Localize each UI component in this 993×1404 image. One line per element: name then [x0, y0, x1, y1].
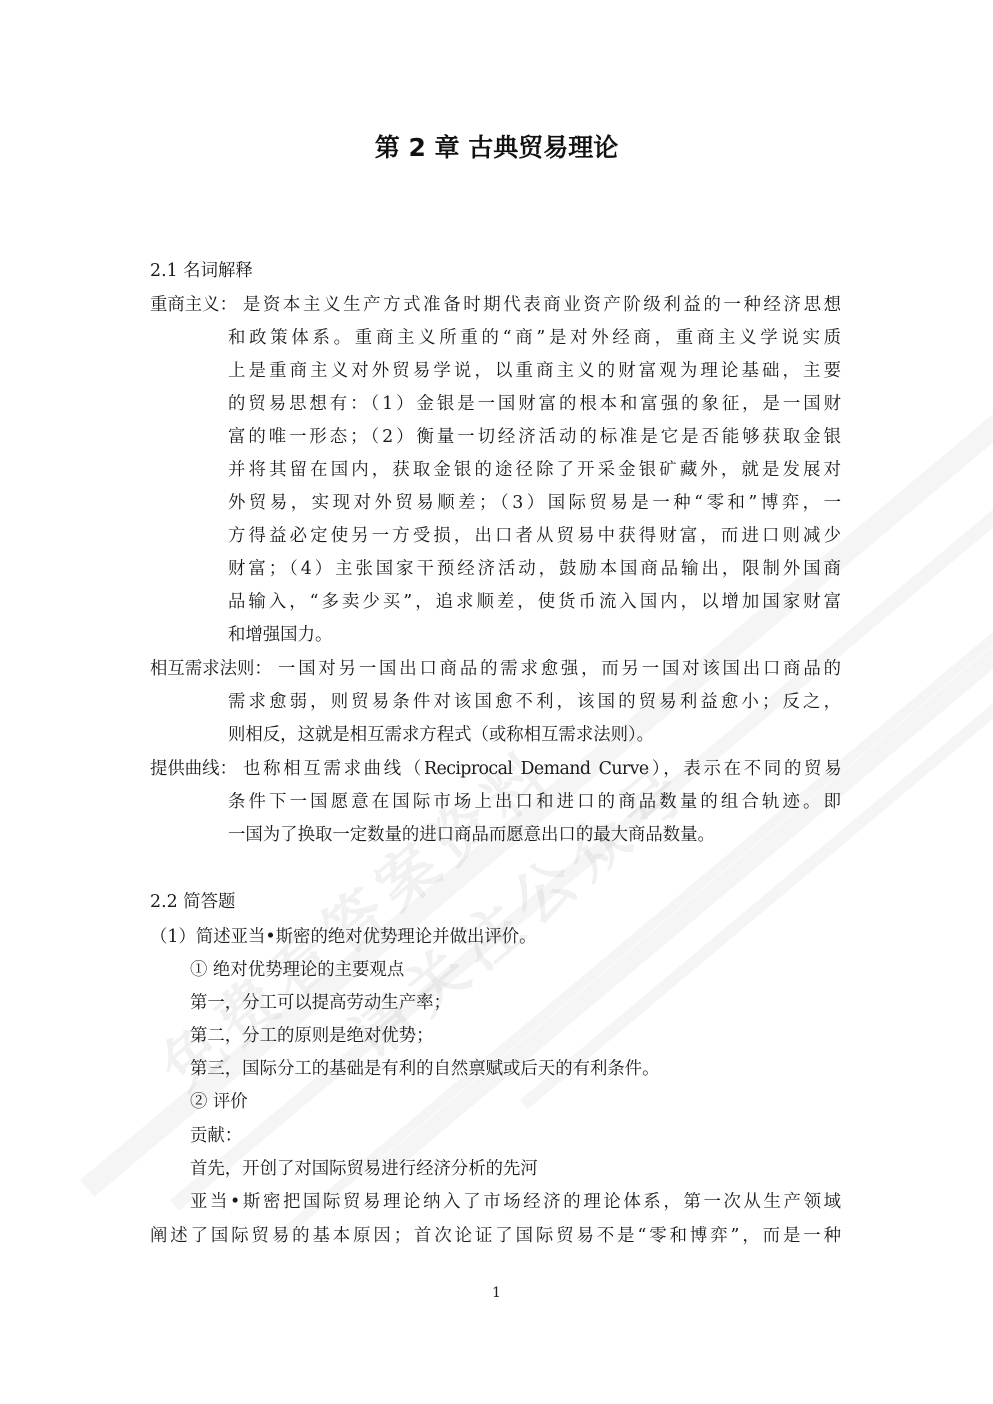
term-line: 并将其留在国内，获取金银的途径除了开采金银矿藏外，就是发展对 [228, 459, 841, 481]
chapter-title: 第 2 章 古典贸易理论 [0, 128, 993, 164]
first-point: 首先，开创了对国际贸易进行经济分析的先河 [190, 1158, 538, 1180]
term-line: 一国为了换取一定数量的进口商品而愿意出口的最大商品数量。 [228, 824, 715, 846]
term-label-mercantilism: 重商主义： [150, 294, 237, 316]
point-item: 第一，分工可以提高劳动生产率； [190, 992, 451, 1014]
term-line: 上是重商主义对外贸易学说，以重商主义的财富观为理论基础，主要 [228, 360, 841, 382]
paragraph-line: 亚当•斯密把国际贸易理论纳入了市场经济的理论体系，第一次从生产领域 [190, 1191, 841, 1213]
term-line: 和政策体系。重商主义所重的“商”是对外经商，重商主义学说实质 [228, 327, 841, 349]
section-heading-2-1: 2.1 名词解释 [150, 260, 253, 282]
term-label-reciprocal-demand-law: 相互需求法则： [150, 658, 272, 680]
term-label-offer-curve: 提供曲线： [150, 758, 237, 780]
section-heading-2-2: 2.2 简答题 [150, 891, 235, 913]
term-line: 则相反，这就是相互需求方程式（或称相互需求法则）。 [228, 724, 654, 746]
contribution-label: 贡献： [190, 1125, 242, 1147]
term-line: 的贸易思想有：（1）金银是一国财富的根本和富强的象征，是一国财 [228, 393, 841, 415]
term-line: 和增强国力。 [228, 624, 332, 646]
page-number: 1 [0, 1285, 993, 1301]
watermark-text-1: 免费看答案资料 [140, 725, 571, 1106]
point-item: 第三，国际分工的基础是有利的自然禀赋或后天的有利条件。 [190, 1058, 660, 1080]
term-line: 一国对另一国出口商品的需求愈强，而另一国对该国出口商品的 [278, 658, 841, 680]
term-line: 也称相互需求曲线（Reciprocal Demand Curve），表示在不同的… [243, 758, 841, 780]
term-line: 条件下一国愿意在国际市场上出口和进口的商品数量的组合轨迹。即 [228, 791, 841, 813]
term-line: 外贸易，实现对外贸易顺差；（3）国际贸易是一种“零和”博弈，一 [228, 492, 841, 514]
term-line: 财富；（4）主张国家干预经济活动，鼓励本国商品输出，限制外国商 [228, 558, 841, 580]
term-line: 需求愈弱，则贸易条件对该国愈不利，该国的贸易利益愈小；反之， [228, 691, 841, 713]
term-line: 是资本主义生产方式准备时期代表商业资产阶级利益的一种经济思想 [243, 294, 841, 316]
term-line: 富的唯一形态；（2）衡量一切经济活动的标准是它是否能够获取金银 [228, 426, 841, 448]
paragraph-line: 阐述了国际贸易的基本原因；首次论证了国际贸易不是“零和博弈”，而是一种 [150, 1225, 841, 1247]
term-line: 方得益必定使另一方受损，出口者从贸易中获得财富，而进口则减少 [228, 525, 841, 547]
term-line: 品输入，“多卖少买”，追求顺差，使货币流入国内，以增加国家财富 [228, 591, 841, 613]
subheading-evaluation: ② 评价 [190, 1091, 248, 1113]
question-1: （1）简述亚当•斯密的绝对优势理论并做出评价。 [150, 926, 537, 948]
point-item: 第二，分工的原则是绝对优势； [190, 1025, 433, 1047]
subheading-main-points: ① 绝对优势理论的主要观点 [190, 959, 404, 981]
